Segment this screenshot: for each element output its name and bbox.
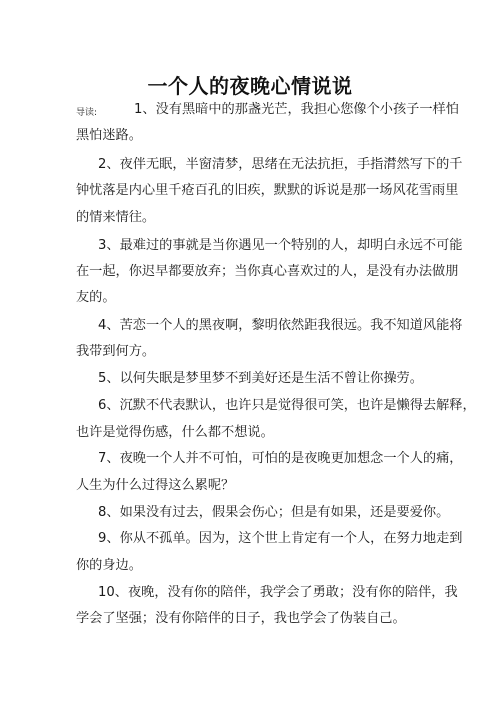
text-line: 4、苦恋一个人的黑夜啊，黎明依然距我很远。我不知道风能将 (98, 317, 462, 335)
text-line: 在一起，你迟早都要放弃；当你真心喜欢过的人，是没有办法做朋 (76, 263, 458, 281)
text-line: 我带到何方。 (76, 343, 155, 361)
text-line: 钟忧落是内心里千疮百孔的旧疾，默默的诉说是那一场风花雪雨里 (76, 182, 458, 200)
text-line: 黑怕迷路。 (76, 127, 142, 145)
text-line: 3、最难过的事就是当你遇见一个特别的人，却明白永远不可能 (98, 237, 462, 255)
text-line: 8、如果没有过去，假果会伤心；但是有如果，还是要爱你。 (98, 504, 449, 522)
text-line: 1、没有黑暗中的那盏光芒，我担心您像个小孩子一样怕 (134, 101, 459, 119)
text-line: 9、你从不孤单。因为，这个世上肯定有一个人，在努力地走到 (98, 530, 462, 548)
text-line: 6、沉默不代表默认，也许只是觉得很可笑，也许是懒得去解释， (98, 397, 476, 415)
text-line: 学会了坚强；没有你陪伴的日子，我也学会了伪装自己。 (76, 610, 406, 628)
text-line: 10、夜晚，没有你的陪伴，我学会了勇敢；没有你的陪伴，我 (98, 584, 458, 602)
text-line: 2、夜伴无眠，半窗清梦，思绪在无法抗拒，手指潸然写下的千 (98, 156, 462, 174)
text-line: 你的身边。 (76, 557, 142, 575)
text-line: 也许是觉得伤感，什么都不想说。 (76, 424, 274, 442)
text-line: 的情来情往。 (76, 209, 155, 227)
intro-label: 导读: (76, 104, 97, 122)
document-title: 一个人的夜晚心情说说 (0, 70, 500, 99)
text-line: 人生为什么过得这么累呢？ (76, 477, 234, 495)
text-line: 5、以何失眠是梦里梦不到美好还是生活不曾让你操劳。 (98, 370, 423, 388)
text-line: 友的。 (76, 289, 116, 307)
text-line: 7、夜晚一个人并不可怕，可怕的是夜晚更加想念一个人的痛， (98, 450, 462, 468)
